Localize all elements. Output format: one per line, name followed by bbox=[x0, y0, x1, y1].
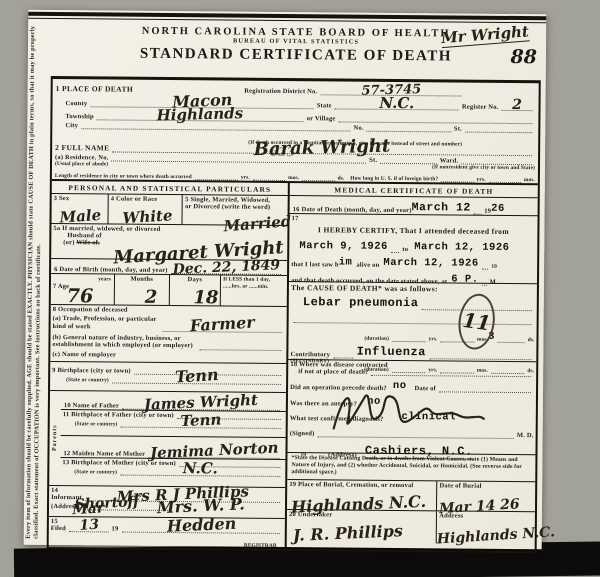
test-value: clinical bbox=[401, 411, 456, 423]
age-years-cell: 7 Age years 76 bbox=[51, 274, 114, 305]
certificate-content: NORTH CAROLINA STATE BOARD OF HEALTH BUR… bbox=[47, 20, 542, 553]
burial-row: 19 Place of Burial, Cremation, or remova… bbox=[287, 480, 535, 512]
attended-to-value: March 12, 1926 bbox=[414, 241, 509, 254]
sex-cell: 3 Sex Male bbox=[51, 194, 107, 223]
undertaker-label: 20 Undertaker bbox=[289, 511, 434, 519]
race-cell: 4 Color or Race White bbox=[108, 194, 183, 224]
cause-of-death-block: The CAUSE OF DEATH* was as follows: Leba… bbox=[288, 282, 537, 362]
date-of-death-label: 16 Date of Death (month, day, and year) bbox=[293, 206, 412, 214]
birthplace-soc-label: (State or country) bbox=[52, 377, 109, 383]
mother-birthplace-value: N.C. bbox=[120, 459, 281, 478]
residence-sub-label: (Usual place of abode) bbox=[55, 161, 108, 167]
page-number: 88 bbox=[510, 46, 537, 68]
race-label: 4 Color or Race bbox=[111, 195, 180, 203]
scanned-death-certificate-page: { "hdr": { "annotation": "Mr Wright", "p… bbox=[0, 0, 600, 577]
birthplace-value: Tenn bbox=[111, 361, 281, 390]
personal-column: PERSONAL AND STATISTICAL PARTICULARS 3 S… bbox=[49, 181, 290, 549]
age-days-cell: Days 18 bbox=[168, 275, 220, 305]
date-of-death-value: March 12 bbox=[412, 201, 471, 215]
undertaker-value: J. R. Phillips bbox=[293, 521, 404, 545]
mother-name-label: 12 Maiden Name of Mother bbox=[63, 450, 145, 458]
attended-from-value: March 9, 1926 bbox=[299, 240, 388, 253]
registrar-label: REGISTRAR bbox=[244, 543, 277, 549]
occupation-c-label: (c) Name of employer bbox=[52, 351, 284, 360]
operation-value: no bbox=[393, 380, 407, 392]
age-months-cell: Months 2 bbox=[114, 275, 169, 305]
burial-date-cell: Date of Burial Mar 14 26 bbox=[436, 481, 535, 511]
dod-year-value: 26 bbox=[491, 203, 505, 215]
filed-year-label: 19 bbox=[112, 525, 119, 532]
filed-date-value: Mar 13 bbox=[68, 500, 110, 534]
mos-label: mos. bbox=[288, 175, 299, 181]
nonresident-note: (If nonresident give city or town and St… bbox=[432, 164, 535, 171]
certificate-title: STANDARD CERTIFICATE OF DEATH bbox=[51, 45, 541, 66]
autopsy-label: Was there an autopsy? bbox=[290, 400, 357, 408]
last-saw-date: March 12, 1926 bbox=[383, 257, 478, 270]
filed-block: 15 Filed Mar 13 19 Mrs. W. P. Hedden REG… bbox=[49, 517, 285, 549]
certify-block: 17 I HEREBY CERTIFY, That I attended dec… bbox=[289, 214, 537, 284]
disease-contracted-block: 18 Where was disease contracted if not a… bbox=[288, 360, 537, 454]
days-label: Days bbox=[172, 276, 219, 283]
to-label: to bbox=[402, 246, 408, 253]
undertaker-address-cell: Address Highlands N.C. bbox=[436, 511, 535, 544]
yrs-label-2: yrs. bbox=[477, 177, 486, 183]
undertaker-address-value: Highlands N.C. bbox=[437, 524, 556, 547]
item-17-number: 17 bbox=[292, 215, 536, 224]
undertaker-cell: 20 Undertaker J. R. Phillips bbox=[287, 510, 436, 543]
last-saw-fill: im bbox=[339, 256, 353, 268]
signed-year-label: . 19 bbox=[298, 452, 307, 458]
signed-label: (Signed) bbox=[290, 430, 315, 437]
sex-race-marital-row: 3 Sex Male 4 Color or Race White 5 Singl… bbox=[51, 194, 287, 226]
marital-cell: 5 Single, Married, Widowed, or Divorced … bbox=[182, 195, 288, 225]
contributory-value: Influenza bbox=[357, 345, 426, 360]
left-margin-instructions: Every item of information should be care… bbox=[25, 24, 50, 539]
wife-of-label: Wife of. bbox=[76, 239, 100, 246]
residence-st-label: St. bbox=[369, 157, 377, 164]
age-less-cell: If LESS than 1 day, ......hrs. or ......… bbox=[220, 275, 287, 306]
parents-block: Parents 10 Name of Father James Wright 1… bbox=[49, 391, 286, 488]
father-soc-label: (State or country) bbox=[63, 421, 118, 427]
st-label: St. bbox=[454, 125, 462, 132]
spouse-row: 5a If married, widowed, or divorced Husb… bbox=[51, 224, 287, 261]
burial-place-label: 19 Place of Burial, Cremation, or remova… bbox=[289, 481, 434, 489]
age-months-value: 2 bbox=[145, 287, 158, 308]
age-less-label: If LESS than 1 day, ......hrs. or ......… bbox=[223, 276, 285, 291]
mos-label-2: mos. bbox=[524, 177, 535, 183]
autopsy-value: no bbox=[367, 396, 381, 408]
certify-text: I HEREBY CERTIFY, That I attended deceas… bbox=[292, 225, 536, 236]
cause-value: Lebar pneumonia bbox=[303, 295, 419, 310]
length-residence-label: Length of residence in city or town wher… bbox=[55, 173, 192, 180]
ds-label: ds. bbox=[338, 175, 345, 181]
occupation-a-label: (a) Trade, Profession, or particular kin… bbox=[53, 315, 160, 332]
occupation-a-value: Farmer bbox=[162, 310, 282, 336]
certificate-header: NORTH CAROLINA STATE BOARD OF HEALTH BUR… bbox=[51, 20, 541, 80]
full-name-label: 2 FULL NAME bbox=[55, 143, 109, 152]
last-saw-year: 19 bbox=[491, 264, 497, 270]
birthplace-block: 9 Birthplace (city or town) (State or co… bbox=[50, 362, 286, 393]
signed-address-value: Cashiers, N.C. bbox=[365, 444, 473, 460]
date-of-label: Date of bbox=[414, 385, 435, 392]
marital-label-2: or Divorced (write the word) bbox=[185, 204, 286, 212]
undertaker-address-label: Address bbox=[439, 512, 533, 520]
duration-ds-1: ds. bbox=[528, 337, 535, 343]
duration-yrs-1: yrs. bbox=[429, 336, 438, 342]
foreign-birth-label: How long in U. S. if of foreign birth? bbox=[350, 176, 438, 183]
signed-address-label: (Address) bbox=[328, 451, 357, 458]
residence-label: (a) Residence. No. bbox=[55, 154, 108, 161]
registrar-signature: Mrs. W. P. Hedden bbox=[121, 493, 281, 538]
yrs-label: yrs. bbox=[241, 175, 250, 181]
certificate-paper: Every item of information should be care… bbox=[24, 10, 547, 550]
cause-label: The CAUSE OF DEATH* was as follows: bbox=[291, 283, 535, 294]
occupation-block: 8 Occupation of deceased (a) Trade, Prof… bbox=[50, 305, 287, 364]
medical-column: MEDICAL CERTIFICATE OF DEATH 16 Date of … bbox=[287, 183, 538, 551]
mother-name-row: 12 Maiden Name of Mother Jemima Norton bbox=[60, 436, 285, 460]
occupation-b-label: (b) General nature of industry, business… bbox=[52, 334, 196, 351]
burial-date-label: Date of Burial bbox=[439, 482, 533, 490]
ward-label: Ward. bbox=[440, 157, 459, 164]
where-contracted-label-2: if not at place of death? bbox=[290, 368, 368, 376]
mother-soc-label: (State or country) bbox=[62, 469, 117, 475]
alive-on-label: alive on bbox=[356, 262, 379, 269]
city-label: City bbox=[55, 122, 78, 129]
months-label: Months bbox=[117, 276, 167, 283]
operation-label: Did an operation precede death? bbox=[290, 384, 387, 392]
no-label: No. bbox=[354, 125, 364, 132]
burial-place-cell: 19 Place of Burial, Cremation, or remova… bbox=[287, 480, 436, 510]
parents-vertical-label: Parents bbox=[49, 391, 61, 485]
columns: PERSONAL AND STATISTICAL PARTICULARS 3 S… bbox=[49, 179, 538, 551]
sex-label: 3 Sex bbox=[54, 195, 106, 202]
age-row: 7 Age years 76 Months 2 Days 18 bbox=[51, 274, 287, 307]
father-birthplace-row: 11 Birthplace of Father (city or town) (… bbox=[61, 410, 286, 438]
last-saw-label: that I last saw h bbox=[291, 261, 339, 268]
years-label: years bbox=[98, 276, 111, 282]
undertaker-row: 20 Undertaker J. R. Phillips Address Hig… bbox=[287, 510, 535, 544]
contributory-label: Contributory bbox=[290, 351, 330, 358]
date-of-death-row: 16 Date of Death (month, day, and year) … bbox=[290, 196, 538, 216]
age-years-value: 76 bbox=[67, 285, 94, 307]
md-label: M. D. bbox=[517, 432, 534, 439]
form-box: 1 PLACE OF DEATH Registration District N… bbox=[47, 76, 541, 553]
test-label: What test confirmed diagnosis? bbox=[290, 415, 384, 423]
duration-label-1: (duration) bbox=[364, 336, 389, 342]
dob-label: 6 Date of Birth (month, day, and year) bbox=[54, 266, 168, 274]
filed-label: Filed bbox=[51, 525, 66, 532]
or-label: (or) bbox=[63, 239, 74, 246]
father-name-label: 10 Name of Father bbox=[64, 402, 119, 409]
